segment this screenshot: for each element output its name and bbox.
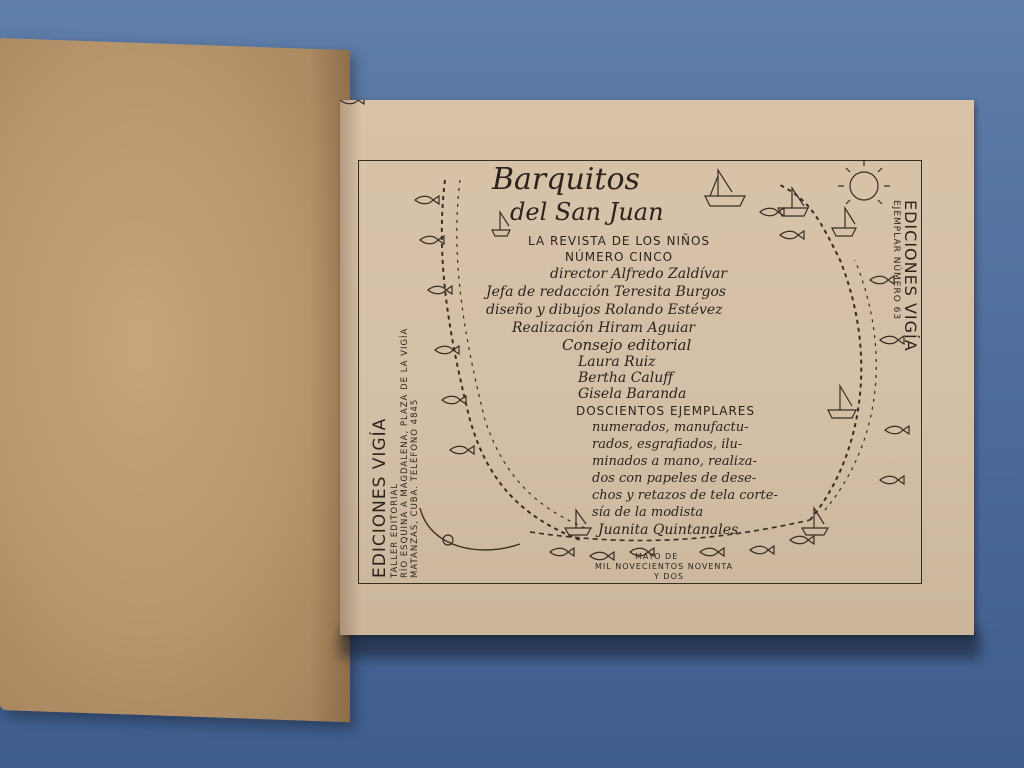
address-line: MATANZAS, CUBA. TELÉFONO 4845 <box>410 328 420 578</box>
right-book-page: Barquitos del San Juan LA REVISTA DE LOS… <box>340 100 974 635</box>
date-line: MIL NOVECIENTOS NOVENTA <box>595 562 733 571</box>
editorial-board-heading: Consejo editorial <box>562 336 691 354</box>
edition-text-line: minados a mano, realiza- <box>592 454 757 469</box>
edition-text-line: chos y retazos de tela corte- <box>592 488 778 503</box>
edition-text-line: numerados, manufactu- <box>592 420 748 435</box>
seamstress-name: Juanita Quintanales <box>598 522 738 538</box>
credit-production: Realización Hiram Aguiar <box>512 320 695 336</box>
address-line: TALLER EDITORIAL <box>390 328 400 578</box>
publisher-name: EDICIONES VIGÍA <box>901 200 920 352</box>
magazine-title-line2: del San Juan <box>510 198 664 226</box>
credit-editor: Jefa de redacción Teresita Burgos <box>486 284 726 300</box>
edition-text-line: rados, esgrafiados, ilu- <box>592 437 742 452</box>
issue-number: NÚMERO CINCO <box>565 250 673 264</box>
date-line: MAYO DE <box>635 552 678 561</box>
left-book-page <box>0 38 350 722</box>
copy-number: EJEMPLAR NÚMERO 63 <box>891 200 901 352</box>
address-line: RÍO ESQUINA A MAGDALENA, PLAZA DE LA VIG… <box>400 328 410 578</box>
edition-text-line: dos con papeles de dese- <box>592 471 756 486</box>
subtitle: LA REVISTA DE LOS NIÑOS <box>528 234 710 248</box>
board-member: Gisela Baranda <box>578 386 686 402</box>
edition-text-line: sía de la modista <box>592 505 703 520</box>
publisher-address-block: EDICIONES VIGÍA TALLER EDITORIAL RÍO ESQ… <box>370 328 420 578</box>
copy-number-block: EDICIONES VIGÍA EJEMPLAR NÚMERO 63 <box>891 200 920 352</box>
board-member: Laura Ruiz <box>578 354 656 370</box>
publisher-name: EDICIONES VIGÍA <box>370 328 390 578</box>
magazine-title: Barquitos <box>492 162 640 197</box>
board-member: Bertha Caluff <box>578 370 673 386</box>
credit-design: diseño y dibujos Rolando Estévez <box>486 302 723 318</box>
edition-heading: DOSCIENTOS EJEMPLARES <box>576 404 755 418</box>
date-line: Y DOS <box>654 572 684 581</box>
credit-director: director Alfredo Zaldívar <box>550 266 727 282</box>
